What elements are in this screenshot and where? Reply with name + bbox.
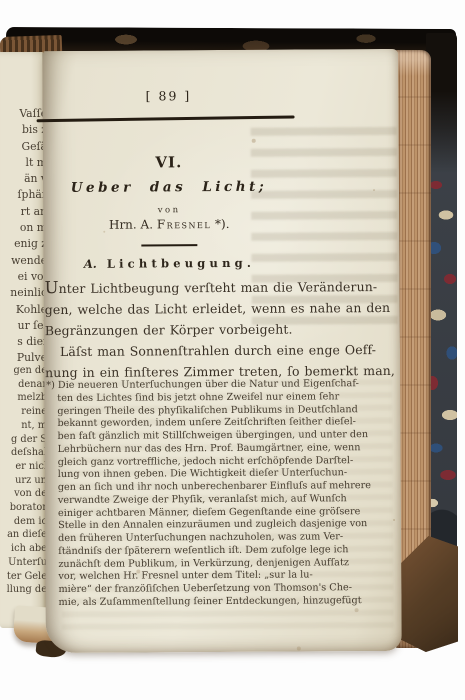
byline-author-prefix: Hrn. A. — [109, 217, 153, 231]
footnote: *) Die neueren Unterſuchungen über die N… — [46, 378, 393, 610]
facing-page-text-line: an dieſe — [0, 528, 47, 542]
footnote-text-line: mie, als Zuſammenſtellung ſeiner Entdeck… — [47, 595, 393, 610]
page-content: [ 89 ] VI. Ueber das Licht; von Hrn. A. … — [42, 49, 402, 653]
facing-page-text-line: Geſä — [0, 139, 47, 155]
facing-page-text-line: Kohle — [0, 302, 47, 318]
byline-author-name: Fresnel — [157, 217, 211, 231]
facing-page-text-line: von de — [0, 487, 47, 501]
footnote-text-line: *) Die neueren Unterſuchungen über die N… — [46, 378, 392, 393]
facing-page-text-line: er nicl — [0, 460, 47, 474]
facing-page-text-line: ſphär — [0, 187, 47, 203]
byline-preposition: von — [43, 205, 295, 217]
page-number: [ 89 ] — [42, 88, 294, 105]
facing-page-text-line: s dieſ — [0, 334, 47, 350]
facing-page-text-line: on m — [0, 220, 47, 236]
body-text-line: Unter Lichtbeugung verſteht man die Verä… — [45, 275, 389, 299]
section-title: Lichtbeugung. — [107, 256, 255, 271]
facing-page-text-line: lt m — [0, 155, 47, 171]
facing-page-text-line: melzb — [0, 391, 47, 405]
facing-page-text-line: neinlic — [0, 285, 47, 301]
body-paragraph-2: Läſst man Sonnenſtrahlen durch eine enge… — [45, 339, 389, 383]
facing-page-text-line: dem ic — [0, 515, 47, 529]
body-paragraph-1: Unter Lichtbeugung verſteht man die Verä… — [45, 275, 389, 341]
body-text-line: Begränzungen der Körper vorbeigeht. — [45, 318, 389, 341]
foxing-specks — [42, 51, 44, 53]
facing-page-text-line: urz un — [0, 474, 47, 488]
facing-page-text-line: ei vol — [0, 269, 47, 285]
facing-page-text-fragments-lower: gen dedenarmelzbreinent, mg der Sdeſshal… — [0, 364, 47, 597]
book-photograph: Vaſſebis zGeſält män vſphärrt anon menig… — [0, 0, 465, 700]
facing-page-text-line: g der S — [0, 433, 47, 447]
facing-page-text-line: llung de — [0, 583, 47, 597]
byline-rule — [141, 244, 197, 247]
facing-page-text-line: borator — [0, 501, 47, 515]
facing-page-text-line: wende — [0, 253, 47, 269]
chapter-number: VI. — [43, 153, 295, 173]
facing-page-text-line: enig z — [0, 236, 47, 252]
facing-page-text-line: ter Gele — [0, 570, 47, 584]
section-label: A. — [84, 257, 97, 271]
facing-page-text-line: gen de — [0, 364, 47, 378]
facing-page-text-line: ur ſel — [0, 318, 47, 334]
section-heading: A. Lichtbeugung. — [43, 256, 295, 272]
facing-page-text-line: ich abe — [0, 542, 47, 556]
header-rule — [37, 115, 295, 121]
facing-page-text-line: reine — [0, 405, 47, 419]
facing-page-text-line: bis z — [0, 122, 47, 138]
footnote-reference-mark: *). — [215, 217, 230, 231]
footnote-text-line: zunächſt dem Publikum, in Verkürzung, de… — [47, 556, 393, 571]
article-title: Ueber das Licht; — [43, 179, 295, 197]
facing-page-text-fragments-upper: Vaſſebis zGeſält män vſphärrt anon menig… — [0, 106, 47, 367]
main-page: [ 89 ] VI. Ueber das Licht; von Hrn. A. … — [42, 49, 402, 653]
facing-page-text-line: än v — [0, 171, 47, 187]
facing-page-text-line: denar — [0, 378, 47, 392]
facing-page-text-line: Unterſu — [0, 556, 47, 570]
body-text-line: gen, welche das Licht erleidet, wenn es … — [45, 297, 389, 320]
byline-author: Hrn. A. Fresnel *). — [43, 217, 295, 233]
body-text-line: Läſst man Sonnenſtrahlen durch eine enge… — [45, 339, 389, 362]
facing-page-text-line: rt an — [0, 204, 47, 220]
facing-page-text-line: deſshal — [0, 446, 47, 460]
facing-page-text-line: nt, m — [0, 419, 47, 433]
